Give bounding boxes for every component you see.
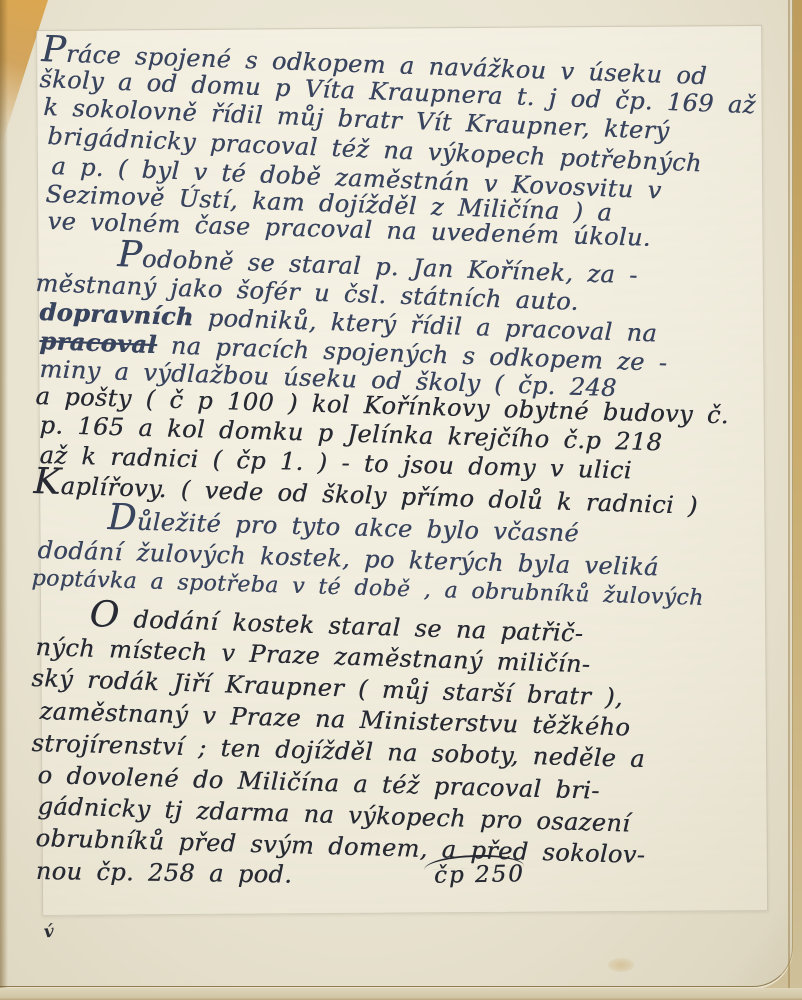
left-page-edge: [0, 0, 8, 1000]
scanned-page: Práce spojené s odkopem a navážkou v úse…: [0, 0, 802, 1000]
struck-out-word: pracoval: [39, 326, 157, 359]
right-page-edge: [788, 0, 790, 988]
insertion-note: čp 250: [434, 861, 525, 889]
under-page-edge: [0, 988, 802, 1000]
check-mark: v́: [43, 922, 55, 943]
handwritten-line: nou čp. 258 a pod.: [36, 857, 293, 889]
paper-stain: [608, 958, 634, 972]
